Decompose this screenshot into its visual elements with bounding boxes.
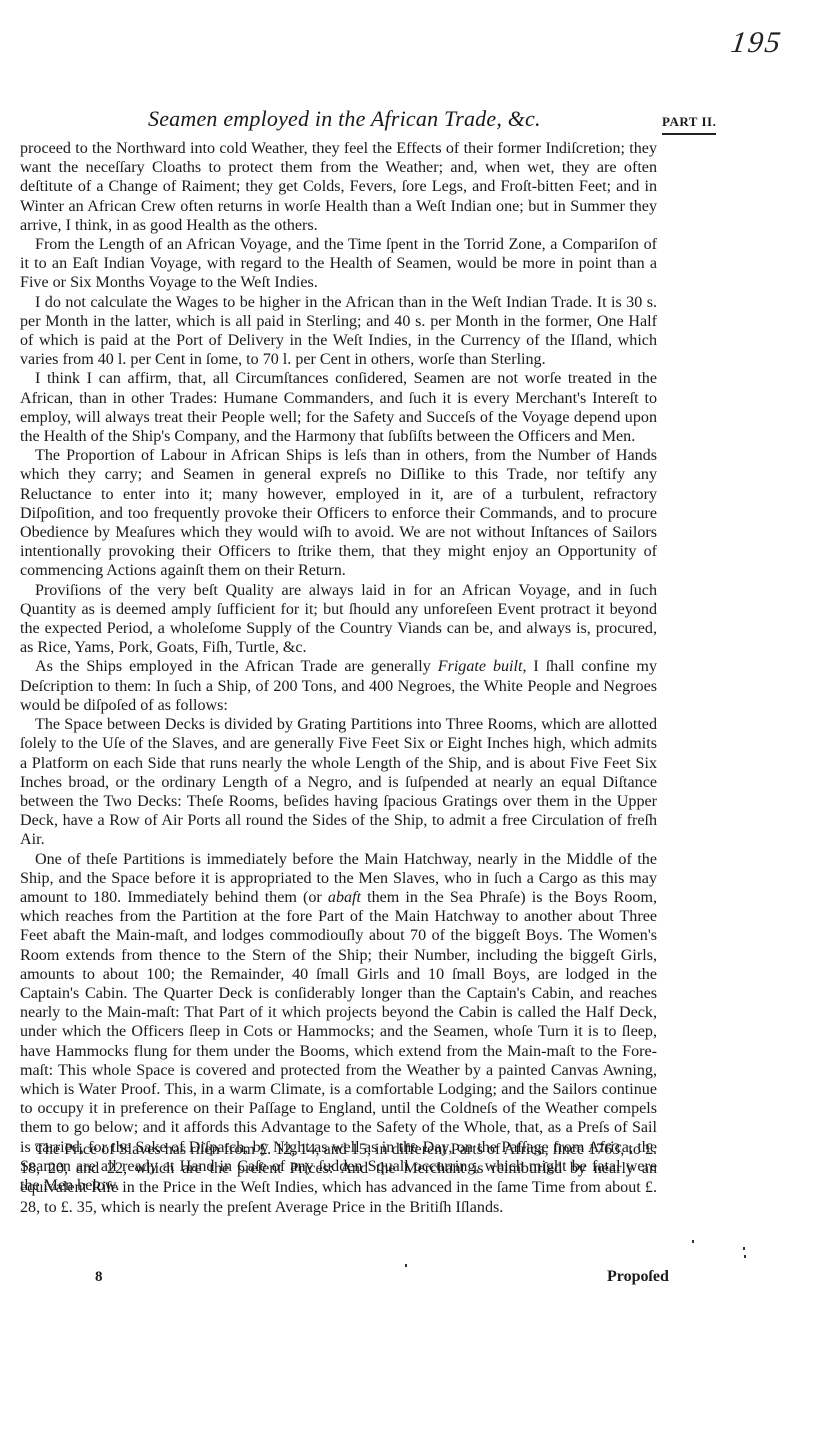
paragraph-treatment: I think I can affirm, that, all Circumſt… (20, 369, 657, 446)
signature-mark: 8 (95, 1269, 103, 1286)
paragraph-voyage-length: From the Length of an African Voyage, an… (20, 235, 657, 293)
body-text: proceed to the Northward into cold Weath… (20, 139, 657, 1195)
part-label: PART II. (662, 114, 716, 135)
paragraph-ship-description: As the Ships employed in the African Tra… (20, 657, 657, 715)
ink-speck (743, 1247, 745, 1250)
paragraph-space-between-decks: The Space between Decks is divided by Gr… (20, 715, 657, 849)
paragraph-provisions: Proviſions of the very beſt Quality are … (20, 581, 657, 658)
ink-speck (744, 1255, 746, 1258)
handwritten-page-number: 195 (729, 26, 785, 60)
text-segment: As the Ships employed in the African Tra… (35, 658, 438, 675)
paragraph-price-of-slaves: The Price of Slaves has riſen from £. 12… (20, 1140, 657, 1217)
italic-term: Frigate built (438, 658, 523, 675)
catchword: Propoſed (607, 1268, 669, 1286)
paragraph-labour: The Proportion of Labour in African Ship… (20, 446, 657, 580)
running-head: Seamen employed in the African Trade, &c… (148, 106, 541, 132)
price-section: The Price of Slaves has riſen from £. 12… (20, 1140, 657, 1217)
ink-speck (405, 1264, 407, 1267)
paragraph-1-continuation: proceed to the Northward into cold Weath… (20, 139, 657, 235)
ink-speck (692, 1240, 694, 1243)
italic-term: abaft (328, 889, 361, 906)
paragraph-wages: I do not calculate the Wages to be highe… (20, 293, 657, 370)
